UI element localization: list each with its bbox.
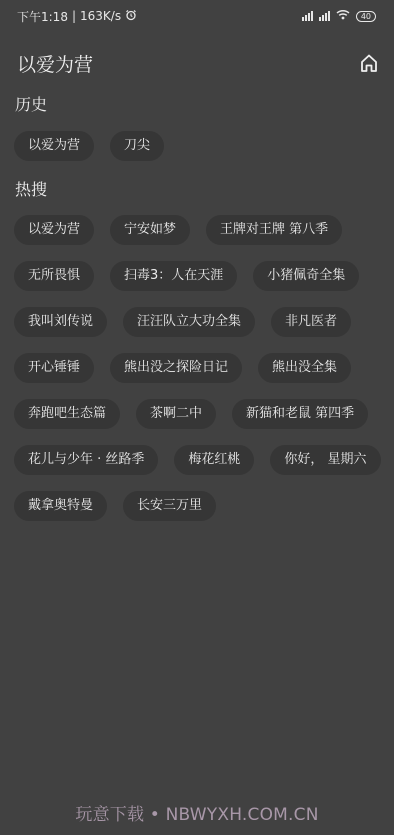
status-separator: | (72, 9, 76, 23)
status-bar: 下午1:18 | 163K/s 40 (0, 0, 394, 32)
watermark: 玩意下载 • NBWYXH.COM.CN (0, 800, 394, 825)
home-button[interactable] (358, 52, 380, 74)
hot-chip[interactable]: 无所畏惧 (14, 261, 94, 291)
hot-chip[interactable]: 扫毒3：人在天涯 (110, 261, 237, 291)
hot-chip[interactable]: 以爱为营 (14, 215, 94, 245)
hot-chip[interactable]: 熊出没全集 (258, 353, 351, 383)
wifi-icon (336, 9, 350, 23)
home-icon (359, 53, 379, 73)
header: 以爱为营 (0, 46, 394, 80)
hot-chip[interactable]: 你好， 星期六 (270, 445, 380, 475)
hot-chip[interactable]: 宁安如梦 (110, 215, 190, 245)
history-list: 以爱为营 刀尖 (14, 131, 384, 161)
hot-chip[interactable]: 我叫刘传说 (14, 307, 107, 337)
status-time: 下午1:18 (17, 8, 68, 25)
hot-chip[interactable]: 戴拿奥特曼 (14, 491, 107, 521)
hot-chip[interactable]: 汪汪队立大功全集 (123, 307, 255, 337)
hot-chip[interactable]: 王牌对王牌 第八季 (206, 215, 342, 245)
hot-chip[interactable]: 非凡医者 (271, 307, 351, 337)
status-net-speed: 163K/s (80, 9, 121, 23)
hot-chip[interactable]: 开心锤锤 (14, 353, 94, 383)
signal-icon (302, 11, 313, 21)
hot-chip[interactable]: 长安三万里 (123, 491, 216, 521)
hot-chip[interactable]: 花儿与少年 · 丝路季 (14, 445, 158, 475)
hot-chip[interactable]: 茶啊二中 (136, 399, 216, 429)
page-title: 以爱为营 (17, 50, 93, 77)
status-left: 下午1:18 | 163K/s (17, 8, 137, 25)
hot-search-title: 热搜 (15, 177, 47, 200)
hot-chip[interactable]: 奔跑吧生态篇 (14, 399, 120, 429)
history-chip[interactable]: 刀尖 (110, 131, 164, 161)
signal-icon (319, 11, 330, 21)
hot-chip[interactable]: 熊出没之探险日记 (110, 353, 242, 383)
hot-chip[interactable]: 小猪佩奇全集 (253, 261, 359, 291)
status-right: 40 (302, 9, 376, 23)
history-chip[interactable]: 以爱为营 (14, 131, 94, 161)
battery-indicator: 40 (356, 11, 376, 22)
history-title: 历史 (15, 92, 47, 115)
hot-search-list: 以爱为营 宁安如梦 王牌对王牌 第八季 无所畏惧 扫毒3：人在天涯 小猪佩奇全集… (14, 215, 384, 521)
hot-chip[interactable]: 梅花红桃 (174, 445, 254, 475)
hot-chip[interactable]: 新猫和老鼠 第四季 (232, 399, 368, 429)
alarm-clock-icon (125, 9, 137, 24)
